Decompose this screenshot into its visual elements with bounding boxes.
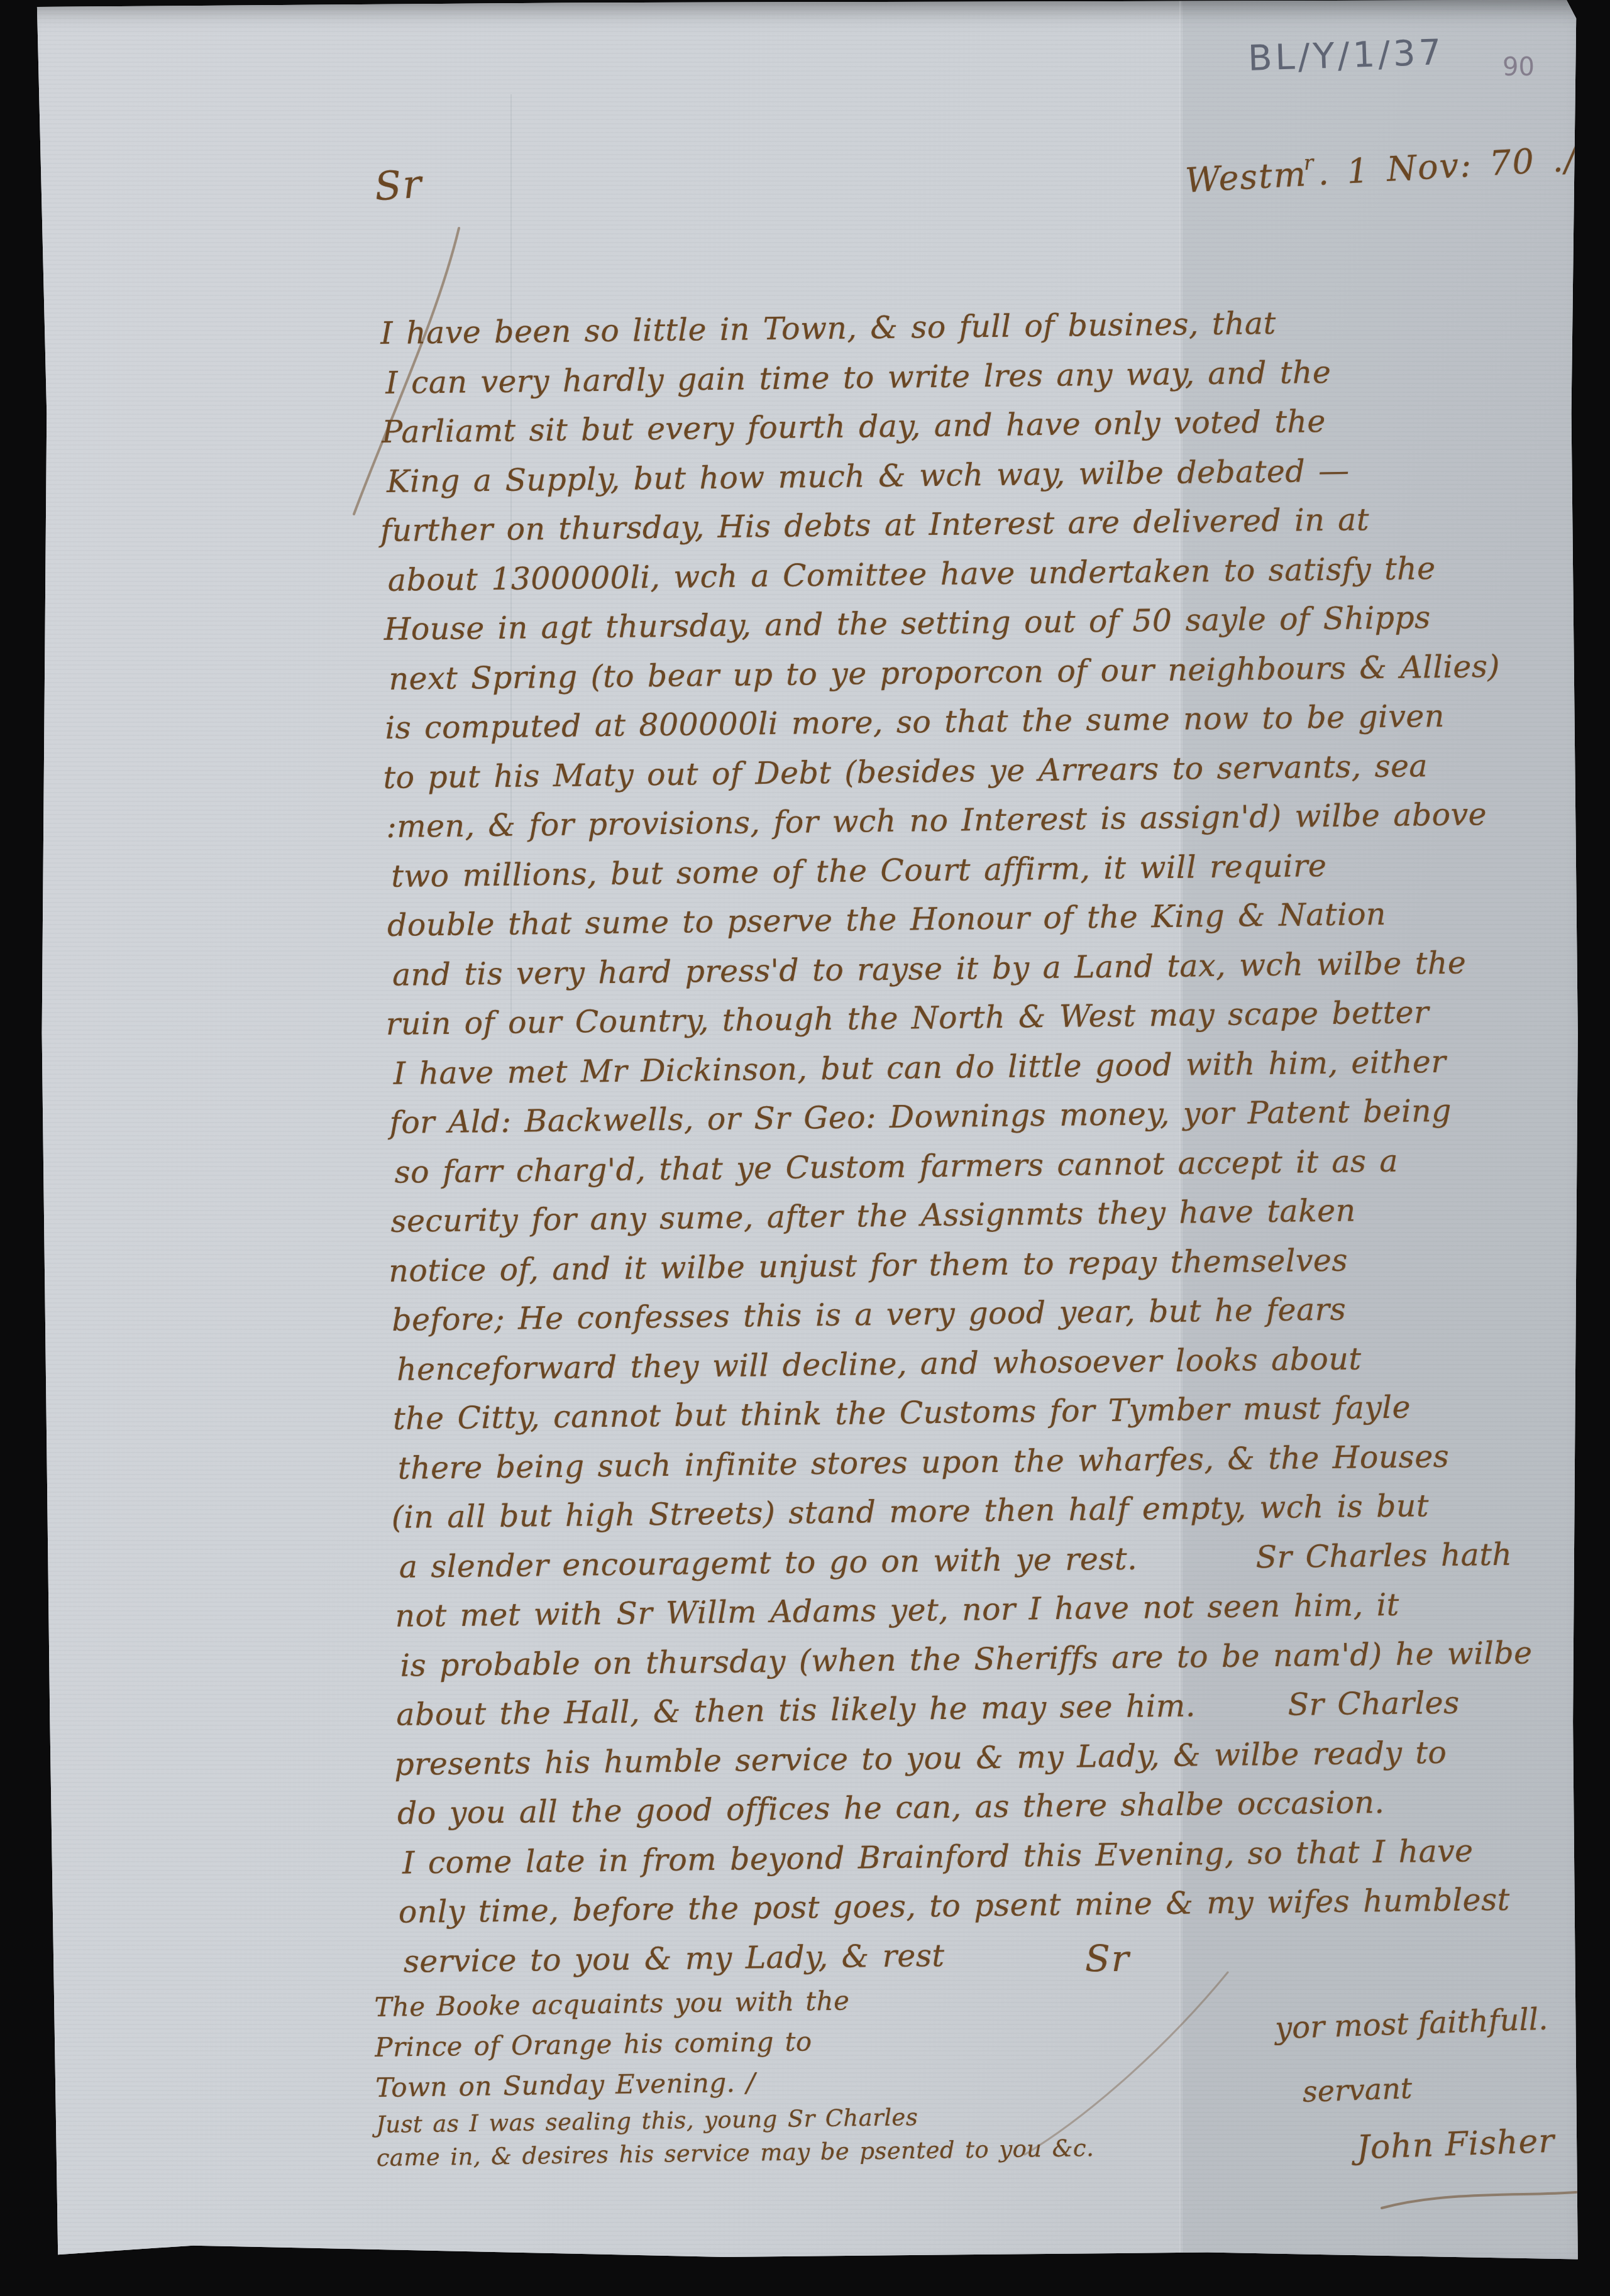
letter-paper: BL/Y/1/37 90 Westmr. 1 Nov: 70 ./ Sr I h…	[0, 0, 1610, 2296]
archival-reference: BL/Y/1/37	[1247, 32, 1445, 79]
letter-body: I have been so little in Town, & so full…	[380, 296, 1581, 1987]
salutation: Sr	[373, 160, 424, 209]
valediction-line-2: servant	[1302, 2071, 1413, 2109]
dateline-superscript: r	[1303, 150, 1316, 175]
manuscript-scan: BL/Y/1/37 90 Westmr. 1 Nov: 70 ./ Sr I h…	[0, 0, 1610, 2296]
signature: John Fisher	[1356, 2123, 1555, 2167]
folio-number: 90	[1502, 53, 1535, 82]
dateline-rest: . 1 Nov: 70 ./	[1316, 139, 1578, 193]
postscript: The Booke acquaints you with the Prince …	[374, 1977, 1094, 2175]
closing-salute: Sr	[1085, 1937, 1130, 1980]
dateline-place: Westm	[1184, 154, 1308, 200]
